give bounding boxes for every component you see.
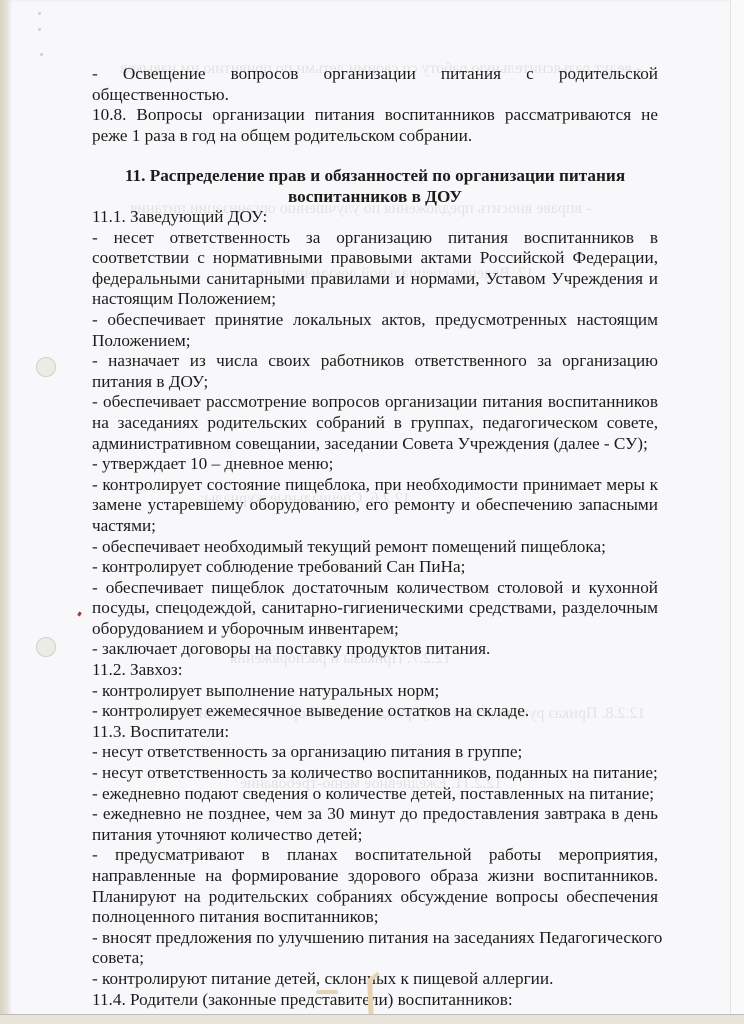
scan-speck	[40, 53, 43, 56]
text-line: на заседаниях родительских собраний в гр…	[92, 413, 658, 434]
text-line: общественностью.	[92, 85, 658, 106]
section-heading-line: 11. Распределение прав и обязанностей по…	[92, 166, 658, 187]
punch-hole	[36, 637, 56, 657]
body-text: 11.1. Заведующий ДОУ: - несет ответствен…	[92, 207, 658, 1010]
text-line: федеральными санитарными правилами и нор…	[92, 269, 658, 290]
text-line: - обеспечивает рассмотрение вопросов орг…	[92, 392, 658, 413]
text-line: - несет ответственность за организацию п…	[92, 228, 658, 249]
top-paragraph: - Освещение вопросов организации питания…	[92, 64, 658, 146]
subsection-title: 11.1. Заведующий ДОУ:	[92, 207, 658, 228]
text-line: - обеспечивает принятие локальных актов,…	[92, 310, 658, 331]
subsection-title: 11.2. Завхоз:	[92, 660, 658, 681]
text-line: замене устаревшему оборудованию, его рем…	[92, 495, 658, 516]
text-line: - несут ответственность за количество во…	[92, 763, 658, 784]
text-line: - Освещение вопросов организации питания…	[92, 64, 658, 85]
subsection-title: 11.4. Родители (законные представители) …	[92, 990, 658, 1011]
text-line: направленные на формирование здорового о…	[92, 866, 658, 887]
text-line: - контролирует выполнение натуральных но…	[92, 681, 658, 702]
scan-speck	[38, 28, 41, 31]
text-line: оборудованием и уборочным инвентарем;	[92, 619, 658, 640]
text-line: питания в ДОУ;	[92, 372, 658, 393]
text-line: - контролирует состояние пищеблока, при …	[92, 475, 658, 496]
page-bottom-edge	[0, 1014, 744, 1024]
text-line: посуды, спецодеждой, санитарно-гигиениче…	[92, 598, 658, 619]
text-line: - обеспечивает пищеблок достаточным коли…	[92, 578, 658, 599]
text-line: 10.8. Вопросы организации питания воспит…	[92, 105, 658, 126]
text-line: - обеспечивает необходимый текущий ремон…	[92, 537, 658, 558]
text-line: - контролирует соблюдение требований Сан…	[92, 557, 658, 578]
text-line: реже 1 раза в год на общем родительском …	[92, 126, 658, 147]
text-line: частями;	[92, 516, 658, 537]
text-line: Планируют на родительских собраниях обсу…	[92, 887, 658, 908]
page-right-edge	[730, 0, 744, 1024]
text-line: питания уточняют количество детей;	[92, 825, 658, 846]
text-line: совета;	[92, 948, 658, 969]
text-line: - вносят предложения по улучшению питани…	[92, 928, 658, 949]
text-line: - контролирует ежемесячное выведение ост…	[92, 701, 658, 722]
text-line: - предусматривают в планах воспитательно…	[92, 845, 658, 866]
text-line: Положением;	[92, 331, 658, 352]
section-heading-line: воспитанников в ДОУ	[92, 187, 658, 208]
text-line: - утверждает 10 – дневное меню;	[92, 454, 658, 475]
text-line: - ежедневно не позднее, чем за 30 минут …	[92, 804, 658, 825]
text-line: - назначает из числа своих работников от…	[92, 351, 658, 372]
text-line: - заключает договоры на поставку продукт…	[92, 639, 658, 660]
text-line: административном совещании, заседании Со…	[92, 434, 658, 455]
text-line: - ежедневно подают сведения о количестве…	[92, 784, 658, 805]
text-line: полноценного питания воспитанников;	[92, 907, 658, 928]
text-line: - несут ответственность за организацию п…	[92, 742, 658, 763]
paper-mark	[316, 990, 338, 994]
scan-speck	[38, 12, 41, 15]
text-line: соответствии с нормативными правовыми ак…	[92, 248, 658, 269]
section-heading: 11. Распределение прав и обязанностей по…	[92, 166, 658, 207]
text-line: настоящим Положением;	[92, 289, 658, 310]
punch-hole	[36, 357, 56, 377]
subsection-title: 11.3. Воспитатели:	[92, 722, 658, 743]
